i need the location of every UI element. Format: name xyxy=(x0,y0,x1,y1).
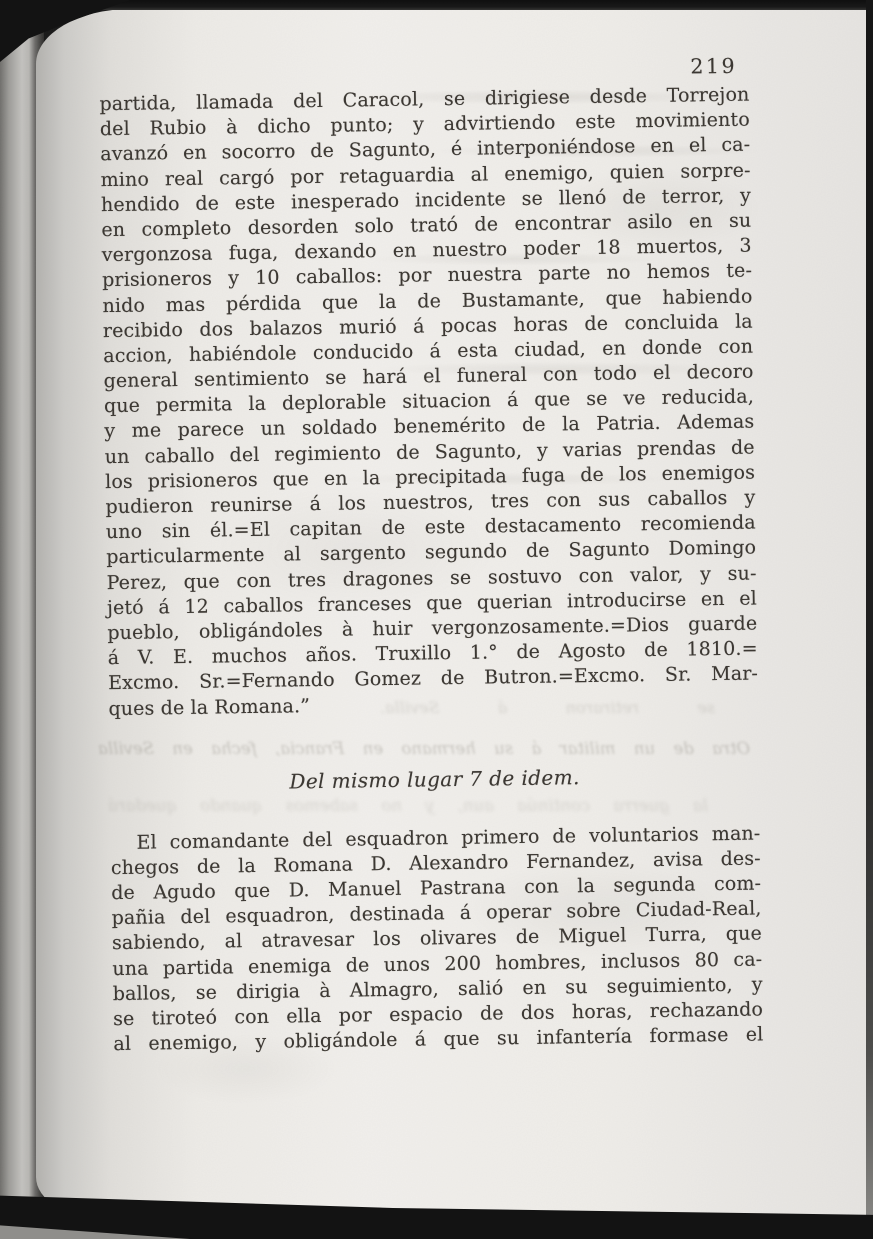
scan-top-edge xyxy=(0,0,873,10)
article-agudo-report: El comandante del esquadron primero de v… xyxy=(110,821,763,1057)
section-heading: Del mismo lugar 7 de idem. xyxy=(109,761,759,798)
printed-content: 219 partida, llamada del Caracol, se dir… xyxy=(99,54,764,1058)
book-scan: se retiraron á Sevilla. Otra de un milit… xyxy=(0,0,873,1239)
article-truxillo-report: partida, llamada del Caracol, se dirigie… xyxy=(99,83,758,722)
scan-right-edge xyxy=(866,0,873,1239)
